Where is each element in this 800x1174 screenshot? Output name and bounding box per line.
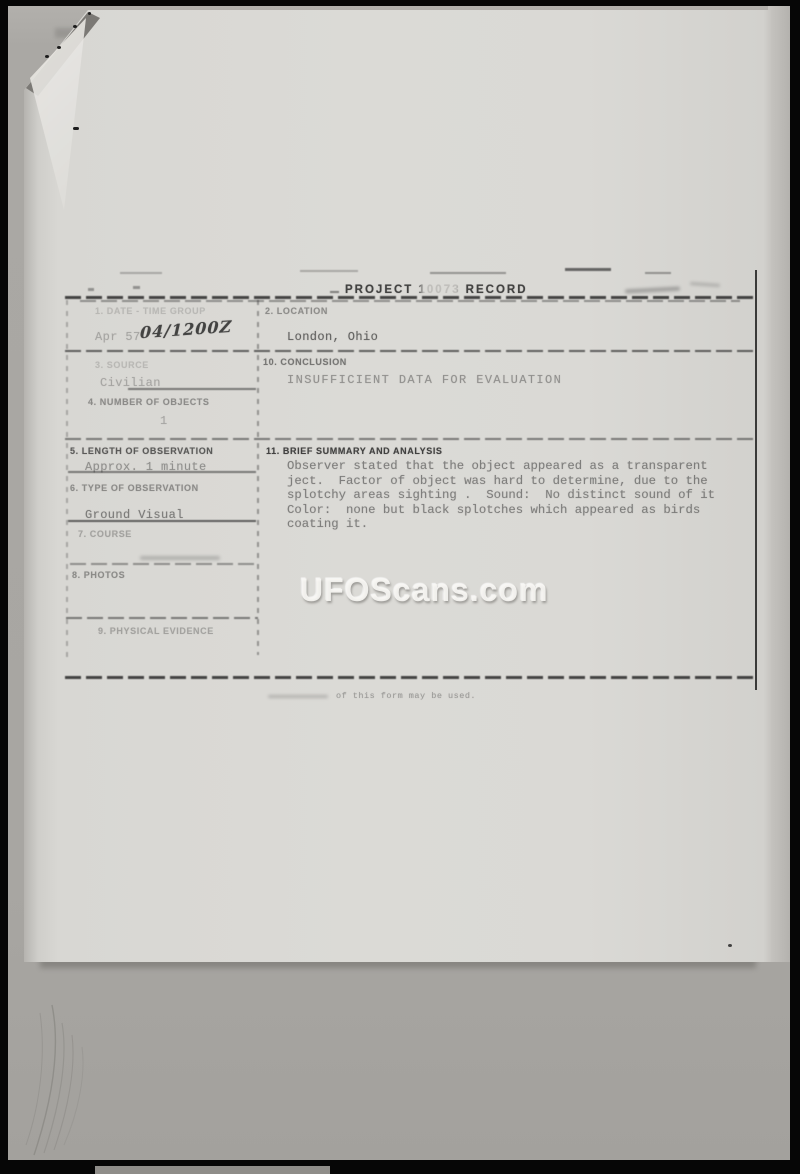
field-label-source: 3. SOURCE (95, 360, 149, 370)
stray-mark (565, 268, 611, 271)
footer-note: of this form may be used. (336, 691, 476, 701)
field-label-course: 7. COURSE (78, 529, 132, 539)
field-value-conclusion: INSUFFICIENT DATA FOR EVALUATION (287, 373, 562, 387)
scratch-marks (10, 995, 170, 1174)
form-rule (66, 617, 258, 619)
form-rule (65, 350, 757, 352)
form-rule (80, 300, 740, 302)
title-leading-dash (330, 291, 339, 293)
form-rule (65, 438, 757, 440)
field-label-location: 2. LOCATION (265, 306, 328, 316)
form-bottom-rule (65, 676, 757, 679)
dust-speck (57, 46, 61, 49)
field-label-length-of-observation: 5. LENGTH OF OBSERVATION (70, 446, 213, 456)
form-column-divider (257, 300, 259, 655)
field-label-physical-evidence: 9. PHYSICAL EVIDENCE (98, 626, 214, 636)
stray-mark (88, 288, 94, 291)
field-value-date-typed: Apr 57 (95, 330, 141, 344)
summary-line: Observer stated that the object appeared… (287, 459, 715, 474)
field-value-source: Civilian (100, 376, 161, 390)
dust-speck (73, 25, 77, 28)
field-label-summary: 11. BRIEF SUMMARY AND ANALYSIS (266, 446, 443, 456)
stray-mark (300, 270, 358, 272)
scan-backdrop-edge (768, 6, 790, 962)
field-label-date-time-group: 1. DATE - TIME GROUP (95, 306, 206, 316)
faded-footer-prefix (268, 695, 328, 698)
faded-course-value (140, 556, 220, 560)
summary-text: Observer stated that the object appeared… (287, 459, 715, 532)
field-label-photos: 8. PHOTOS (72, 570, 125, 580)
summary-line: splotchy areas sighting . Sound: No dist… (287, 488, 715, 503)
form-rule (70, 563, 258, 565)
dust-speck (45, 55, 49, 58)
field-value-number-of-objects: 1 (160, 414, 168, 428)
watermark-text: UFOScans.com (300, 572, 549, 609)
field-value-type-of-observation: Ground Visual (85, 508, 184, 522)
field-label-number-of-objects: 4. NUMBER OF OBJECTS (88, 397, 210, 407)
form-rule (65, 296, 757, 299)
form-left-border (66, 300, 68, 658)
stray-mark (430, 272, 506, 274)
dust-speck (728, 944, 732, 947)
field-label-type-of-observation: 6. TYPE OF OBSERVATION (70, 483, 199, 493)
scanned-document-photo: PROJECT 10073 RECORD 1. DATE - TIME GROU… (0, 0, 800, 1174)
summary-line: coating it. (287, 517, 715, 532)
summary-line: Color: none but black splotches which ap… (287, 503, 715, 518)
stray-mark (645, 272, 671, 274)
field-label-conclusion: 10. CONCLUSION (263, 357, 347, 367)
form-right-border (755, 270, 757, 690)
stray-mark (120, 272, 162, 274)
field-value-location: London, Ohio (287, 330, 378, 344)
dust-speck (88, 12, 91, 15)
summary-line: ject. Factor of object was hard to deter… (287, 474, 715, 489)
dust-speck (73, 127, 79, 130)
stray-mark (133, 286, 140, 289)
form-title: PROJECT 10073 RECORD (345, 284, 528, 296)
field-value-length-of-observation: Approx. 1 minute (85, 460, 207, 474)
